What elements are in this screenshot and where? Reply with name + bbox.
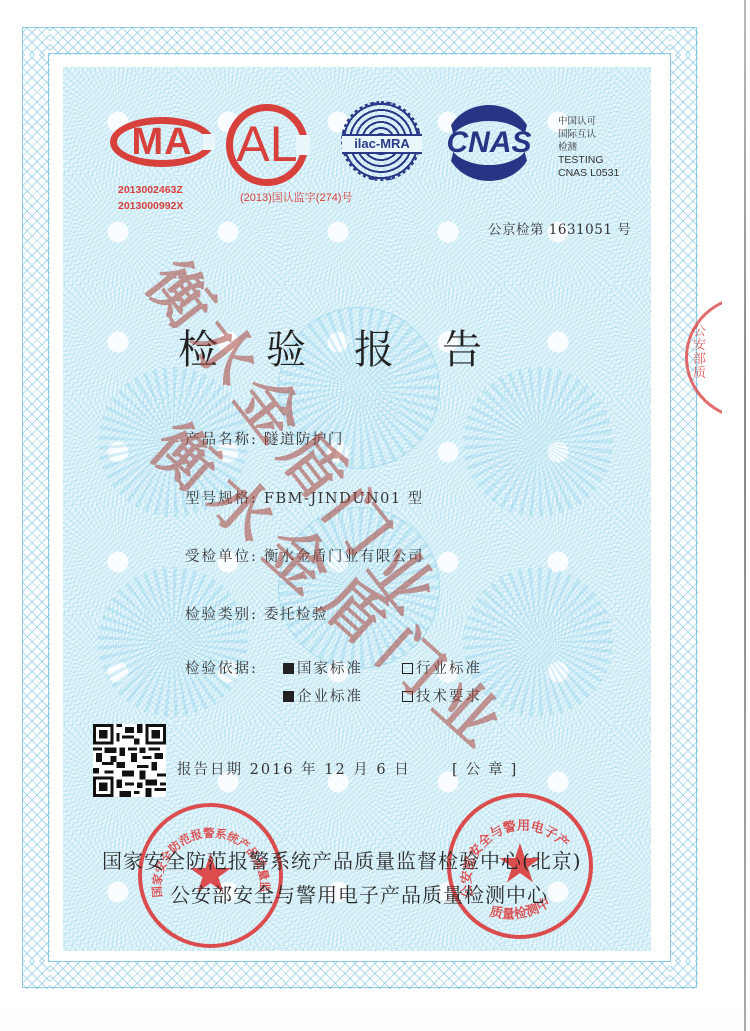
cnas-line: 检测: [558, 141, 619, 154]
ilac-mra-logo: ilac-MRA: [341, 101, 421, 181]
page-bottom-margin: [0, 1012, 750, 1031]
cal-number: (2013)国认监字(274)号: [240, 191, 352, 205]
month-unit: 月: [353, 762, 370, 778]
checkbox-checked-icon: [283, 663, 294, 674]
field-label: 检验类别:: [185, 607, 258, 623]
cal-logo: AL: [226, 104, 308, 186]
rosette-ornament: [463, 367, 613, 517]
report-date: 报告日期 2016 年 12 月 6 日: [177, 758, 411, 779]
qr-code: [93, 723, 166, 798]
cnas-logo: CNAS: [438, 105, 540, 181]
partial-seal-right-edge: 公安部质: [685, 295, 722, 420]
issuer-name-2: 公安部安全与警用电子产品质量检测中心: [170, 879, 548, 908]
cnas-line: 中国认可: [558, 115, 619, 128]
cma-logo-text: MA: [131, 121, 192, 163]
partial-seal-text: 公安部质: [693, 325, 709, 381]
cnas-line: TESTING: [558, 154, 619, 167]
cnas-line: 国际互认: [558, 128, 619, 141]
report-date-month: 12: [324, 762, 346, 778]
cma-number-2: 2013000992X: [118, 199, 183, 213]
ilac-mra-logo-text: ilac-MRA: [342, 134, 422, 154]
report-date-day: 6: [376, 762, 387, 778]
field-label: 检验依据:: [185, 661, 258, 677]
inspection-center-seal-left: 国家安全防范报警系统产品质量监督检验中心(北京) ★: [138, 803, 283, 948]
report-date-year: 2016: [250, 762, 295, 778]
cnas-accreditation-text: 中国认可 国际互认 检测 TESTING CNAS L0531: [558, 115, 619, 180]
checkbox-checked-icon: [283, 691, 294, 702]
cma-number-1: 2013002463Z: [118, 183, 183, 197]
option-label: 企业标准: [297, 689, 363, 705]
report-date-label: 报告日期: [177, 762, 243, 778]
cma-logo: MA: [110, 117, 214, 167]
cnas-logo-text: CNAS: [438, 125, 540, 161]
issuer-name-1: 国家安全防范报警系统产品质量监督检验中心(北京): [102, 845, 582, 874]
report-number: 公京检第 1631051 号: [488, 218, 631, 238]
cal-logo-text: AL: [236, 116, 297, 172]
year-unit: 年: [301, 762, 318, 778]
basis-option-enterprise: 企业标准: [283, 685, 363, 706]
option-label: 国家标准: [297, 661, 363, 677]
day-unit: 日: [394, 762, 411, 778]
cnas-line: CNAS L0531: [558, 167, 619, 180]
page-edge: [744, 0, 746, 1031]
rosette-ornament: [98, 567, 248, 717]
field-inspection-basis: 检验依据:: [185, 657, 258, 678]
